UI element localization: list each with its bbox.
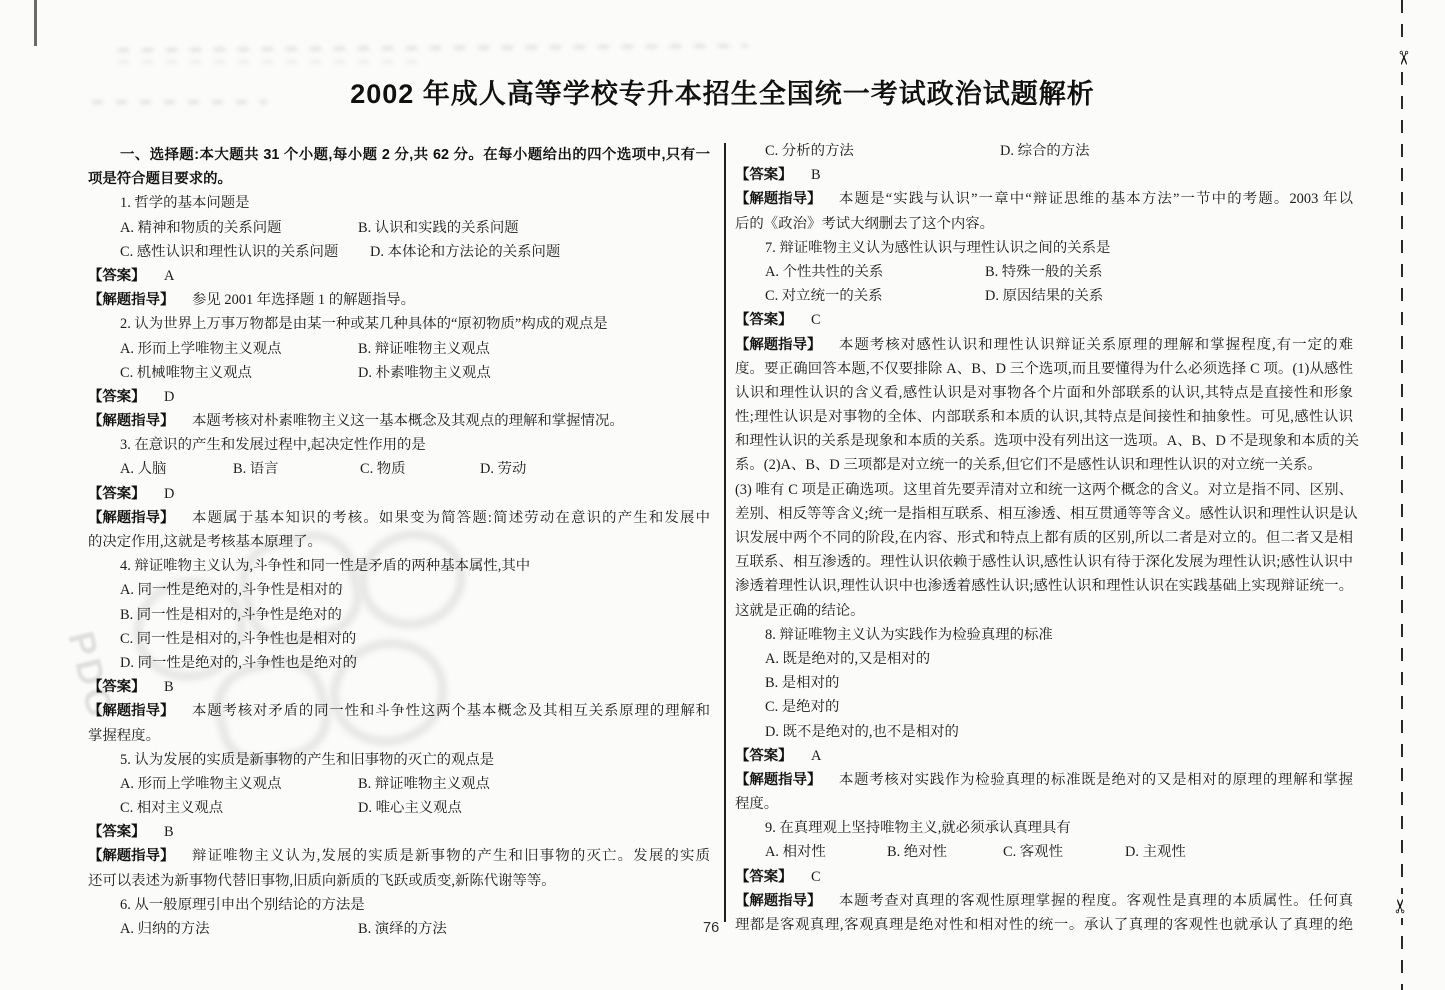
left-column-line: B. 同一性是相对的,斗争性是绝对的 [88,603,710,627]
text-run: 本题考核对矛盾的同一性和斗争性这两个基本概念及其相互关系原理的理解和 [192,699,710,723]
text-run: B. 特殊一般的关系 [985,260,1103,284]
text-run: C. 物质 [360,457,406,481]
text-run: A. 既是绝对的,又是相对的 [765,647,930,671]
text-run: C [811,865,821,889]
left-column-line: A. 精神和物质的关系问题B. 认识和实践的关系问题 [88,216,710,240]
column-divider-rule [724,143,726,922]
text-run: 项是符合题目要求的。 [88,167,232,191]
right-column-line: (3) 唯有 C 项是正确选项。这里首先要弄清对立和统一这两个概念的含义。对立是… [735,478,1353,502]
text-run: 这就是正确的结论。 [735,599,865,623]
left-column-line: 6. 从一般原理引申出个别结论的方法是 [88,893,710,917]
text-run: 【解题指导】 [735,187,821,211]
right-text-column: C. 分析的方法D. 综合的方法【答案】B【解题指导】本题是“实践与认识”一章中… [735,139,1353,937]
text-run: C. 客观性 [1003,840,1063,864]
text-run: 【答案】 [88,482,146,506]
text-run: 5. 认为发展的实质是新事物的产生和旧事物的灭亡的观点是 [120,748,494,772]
left-column-line: 【解题指导】本题考核对朴素唯物主义这一基本概念及其观点的理解和掌握情况。 [88,409,710,433]
text-run: 程度。 [735,792,778,816]
pencil-scribble [118,44,748,52]
text-run: B. 认识和实践的关系问题 [358,216,519,240]
text-run: B. 是相对的 [765,671,839,695]
right-column-line: D. 既不是绝对的,也不是相对的 [735,720,1353,744]
left-column-line: 【解题指导】本题考核对矛盾的同一性和斗争性这两个基本概念及其相互关系原理的理解和 [88,699,710,723]
right-column-line: 度。要正确回答本题,不仅要排除 A、B、D 三个选项,而且要懂得为什么必须选择 … [735,357,1353,381]
right-column-line: B. 是相对的 [735,671,1353,695]
left-column-line: 1. 哲学的基本问题是 [88,191,710,215]
text-run: B. 语言 [233,457,279,481]
text-run: 7. 辩证唯物主义认为感性认识与理性认识之间的关系是 [765,236,1110,260]
text-run: 认识和理性认识的含义看,感性认识是对事物各个片面和外部联系的认识,其特点是直接性… [735,381,1353,405]
text-run: 本题考核对朴素唯物主义这一基本概念及其观点的理解和掌握情况。 [192,409,624,433]
left-column-line: 【答案】D [88,385,710,409]
left-column-line: 【解题指导】参见 2001 年选择题 1 的解题指导。 [88,288,710,312]
text-run: 【解题指导】 [88,506,174,530]
right-column-line: 【答案】C [735,308,1353,332]
right-column-line: 7. 辩证唯物主义认为感性认识与理性认识之间的关系是 [735,236,1353,260]
text-run: 【答案】 [735,163,793,187]
text-run: 【答案】 [88,820,146,844]
right-column-line: 这就是正确的结论。 [735,599,1353,623]
left-column-line: 【答案】A [88,264,710,288]
text-run: 本题是“实践与认识”一章中“辩证思维的基本方法”一节中的考题。2003 年以 [839,187,1353,211]
left-column-line: A. 形而上学唯物主义观点B. 辩证唯物主义观点 [88,337,710,361]
left-column-line: 2. 认为世界上万事万物都是由某一种或某几种具体的“原初物质”构成的观点是 [88,312,710,336]
text-run: 【答案】 [88,675,146,699]
left-column-line: 一、选择题:本大题共 31 个小题,每小题 2 分,共 62 分。在每小题给出的… [88,143,710,167]
text-run: 识发展中两个不同的阶段,在内容、形式和特点上都有质的区别,所以二者是对立的。但二… [735,526,1353,550]
text-run: D. 朴素唯物主义观点 [358,361,491,385]
right-column-line: A. 个性共性的关系B. 特殊一般的关系 [735,260,1353,284]
right-column-line: C. 对立统一的关系D. 原因结果的关系 [735,284,1353,308]
text-run: 【解题指导】 [735,333,821,357]
text-run: 本题考查对真理的客观性原理掌握的程度。客观性是真理的本质属性。任何真 [839,889,1353,913]
text-run: C. 同一性是相对的,斗争性也是相对的 [120,627,356,651]
text-run: C. 分析的方法 [765,139,854,163]
text-run: A. 形而上学唯物主义观点 [120,337,282,361]
right-column-line: 【解题指导】本题考核对实践作为检验真理的标准既是绝对的又是相对的原理的理解和掌握 [735,768,1353,792]
text-run: B. 绝对性 [887,840,947,864]
page-title: 2002 年成人高等学校专升本招生全国统一考试政治试题解析 [0,72,1445,111]
text-run: 一、选择题:本大题共 31 个小题,每小题 2 分,共 62 分。在每小题给出的… [120,143,710,167]
right-column-line: 理都是客观真理,客观真理是绝对性和相对性的统一。承认了真理的客观性也就承认了真理… [735,913,1353,937]
text-run: B. 辩证唯物主义观点 [358,337,490,361]
right-column-line: C. 是绝对的 [735,695,1353,719]
text-run: C. 对立统一的关系 [765,284,883,308]
text-run: D. 既不是绝对的,也不是相对的 [765,720,959,744]
text-run: 后的《政治》考试大纲删去了这个内容。 [735,212,994,236]
left-column-line: 【解题指导】辩证唯物主义认为,发展的实质是新事物的产生和旧事物的灭亡。发展的实质 [88,844,710,868]
text-run: 【答案】 [735,865,793,889]
left-column-line: C. 机械唯物主义观点D. 朴素唯物主义观点 [88,361,710,385]
text-run: 【解题指导】 [735,768,821,792]
text-run: C. 是绝对的 [765,695,839,719]
left-column-line: 还可以表述为新事物代替旧事物,旧质向新质的飞跃或质变,新陈代谢等等。 [88,869,710,893]
left-column-line: 项是符合题目要求的。 [88,167,710,191]
text-run: A. 归纳的方法 [120,917,210,941]
text-run: 【解题指导】 [88,409,174,433]
text-run: 参见 2001 年选择题 1 的解题指导。 [192,288,415,312]
text-run: D. 原因结果的关系 [985,284,1103,308]
text-run: 本题考核对感性认识和理性认识辩证关系原理的理解和掌握程度,有一定的难 [839,333,1353,357]
right-column-line: A. 相对性B. 绝对性C. 客观性D. 主观性 [735,840,1353,864]
text-run: 差别、相反等等含义;统一是指相互联系、相互渗透、相互贯通等等含义。感性认识和理性… [735,502,1353,526]
text-run: 理都是客观真理,客观真理是绝对性和相对性的统一。承认了真理的客观性也就承认了真理… [735,913,1353,937]
left-column-line: 4. 辩证唯物主义认为,斗争性和同一性是矛盾的两种基本属性,其中 [88,554,710,578]
left-column-line: D. 同一性是绝对的,斗争性也是绝对的 [88,651,710,675]
right-column-line: 程度。 [735,792,1353,816]
right-column-line: 【答案】C [735,865,1353,889]
left-column-line: A. 同一性是绝对的,斗争性是相对的 [88,578,710,602]
text-run: 还可以表述为新事物代替旧事物,旧质向新质的飞跃或质变,新陈代谢等等。 [88,869,556,893]
left-column-line: 【答案】D [88,482,710,506]
text-run: A. 精神和物质的关系问题 [120,216,282,240]
text-run: B [164,820,174,844]
text-run: 系。(2)A、B、D 三项都是对立统一的关系,但它们不是感性认识和理性认识的对立… [735,453,1322,477]
text-run: C. 机械唯物主义观点 [120,361,252,385]
text-run: D. 劳动 [480,457,526,481]
right-column-line: 9. 在真理观上坚持唯物主义,就必须承认真理具有 [735,816,1353,840]
right-column-line: 系。(2)A、B、D 三项都是对立统一的关系,但它们不是感性认识和理性认识的对立… [735,453,1353,477]
text-run: 8. 辩证唯物主义认为实践作为检验真理的标准 [765,623,1053,647]
text-run: A. 同一性是绝对的,斗争性是相对的 [120,578,343,602]
text-run: 本题考核对实践作为检验真理的标准既是绝对的又是相对的原理的理解和掌握 [839,768,1353,792]
left-column-line: 【答案】B [88,675,710,699]
text-run: C [811,308,821,332]
text-run: D. 综合的方法 [1000,139,1090,163]
text-run: C. 相对主义观点 [120,796,223,820]
left-column-line: 的决定作用,这就是考核基本原理了。 [88,530,710,554]
text-run: 3. 在意识的产生和发展过程中,起决定性作用的是 [120,433,426,457]
text-run: 1. 哲学的基本问题是 [120,191,250,215]
left-column-line: A. 归纳的方法B. 演绎的方法 [88,917,710,941]
text-run: 的决定作用,这就是考核基本原理了。 [88,530,322,554]
left-column-line: 【解题指导】本题属于基本知识的考核。如果变为简答题:简述劳动在意识的产生和发展中 [88,506,710,530]
left-column-line: C. 相对主义观点D. 唯心主义观点 [88,796,710,820]
text-run: 【答案】 [88,264,146,288]
scissors-icon: ✂ [1389,46,1415,70]
text-run: D [164,482,174,506]
text-run: 2. 认为世界上万事万物都是由某一种或某几种具体的“原初物质”构成的观点是 [120,312,608,336]
text-run: A. 形而上学唯物主义观点 [120,772,282,796]
text-run: 掌握程度。 [88,724,160,748]
text-run: 【答案】 [735,744,793,768]
left-column-line: 5. 认为发展的实质是新事物的产生和旧事物的灭亡的观点是 [88,748,710,772]
text-run: D [164,385,174,409]
pencil-scribble [118,60,418,64]
left-column-line: C. 同一性是相对的,斗争性也是相对的 [88,627,710,651]
left-column-line: C. 感性认识和理性认识的关系问题D. 本体论和方法论的关系问题 [88,240,710,264]
right-column-line: 认识和理性认识的含义看,感性认识是对事物各个片面和外部联系的认识,其特点是直接性… [735,381,1353,405]
left-column-line: A. 形而上学唯物主义观点B. 辩证唯物主义观点 [88,772,710,796]
text-run: 【解题指导】 [88,699,174,723]
text-run: 渗透着理性认识,理性认识中也渗透着感性认识;感性认识和理性认识在实践基础上实现辩… [735,574,1353,598]
right-column-line: 和理性认识的关系是现象和本质的关系。选项中没有列出这一选项。A、B、D 不是现象… [735,429,1353,453]
text-run: (3) 唯有 C 项是正确选项。这里首先要弄清对立和统一这两个概念的含义。对立是… [735,478,1353,502]
text-run: 和理性认识的关系是现象和本质的关系。选项中没有列出这一选项。A、B、D 不是现象… [735,429,1353,453]
scanned-exam-page: { "page": { "title": "2002 年成人高等学校专升本招生全… [0,0,1445,990]
left-column-line: 3. 在意识的产生和发展过程中,起决定性作用的是 [88,433,710,457]
text-run: 【答案】 [735,308,793,332]
left-column-line: A. 人脑B. 语言C. 物质D. 劳动 [88,457,710,481]
text-run: A [811,744,821,768]
text-run: D. 主观性 [1125,840,1186,864]
text-run: B [811,163,821,187]
right-column-line: A. 既是绝对的,又是相对的 [735,647,1353,671]
text-run: 互联系、相互渗透的。理性认识依赖于感性认识,感性认识有待于深化发展为理性认识;感… [735,550,1353,574]
text-run: 4. 辩证唯物主义认为,斗争性和同一性是矛盾的两种基本属性,其中 [120,554,530,578]
text-run: 【解题指导】 [88,844,174,868]
cut-dashed-line [1401,0,1403,990]
text-run: 度。要正确回答本题,不仅要排除 A、B、D 三个选项,而且要懂得为什么必须选择 … [735,357,1353,381]
left-text-column: 一、选择题:本大题共 31 个小题,每小题 2 分,共 62 分。在每小题给出的… [88,143,710,941]
text-run: D. 本体论和方法论的关系问题 [370,240,560,264]
text-run: A. 相对性 [765,840,826,864]
text-run: 9. 在真理观上坚持唯物主义,就必须承认真理具有 [765,816,1071,840]
right-column-line: 后的《政治》考试大纲删去了这个内容。 [735,212,1353,236]
right-column-line: 性;理性认识是对事物的全体、内部联系和本质的认识,其特点是间接性和抽象性。可见,… [735,405,1353,429]
right-column-line: 【答案】B [735,163,1353,187]
right-column-line: 渗透着理性认识,理性认识中也渗透着感性认识;感性认识和理性认识在实践基础上实现辩… [735,574,1353,598]
text-run: 【答案】 [88,385,146,409]
text-run: 性;理性认识是对事物的全体、内部联系和本质的认识,其特点是间接性和抽象性。可见,… [735,405,1353,429]
text-run: B. 同一性是相对的,斗争性是绝对的 [120,603,342,627]
text-run: D. 唯心主义观点 [358,796,462,820]
text-run: A. 人脑 [120,457,166,481]
right-column-line: 互联系、相互渗透的。理性认识依赖于感性认识,感性认识有待于深化发展为理性认识;感… [735,550,1353,574]
text-run: B [164,675,174,699]
scissors-icon: ✂ [1389,894,1415,918]
right-column-line: 差别、相反等等含义;统一是指相互联系、相互渗透、相互贯通等等含义。感性认识和理性… [735,502,1353,526]
text-run: B. 演绎的方法 [358,917,447,941]
text-run: 辩证唯物主义认为,发展的实质是新事物的产生和旧事物的灭亡。发展的实质 [192,844,710,868]
page-number: 76 [703,920,719,936]
page-edge-mark [34,0,37,46]
text-run: 【解题指导】 [735,889,821,913]
text-run: 6. 从一般原理引申出个别结论的方法是 [120,893,365,917]
right-column-line: 【解题指导】本题考查对真理的客观性原理掌握的程度。客观性是真理的本质属性。任何真 [735,889,1353,913]
right-column-line: 【答案】A [735,744,1353,768]
right-column-line: 8. 辩证唯物主义认为实践作为检验真理的标准 [735,623,1353,647]
text-run: B. 辩证唯物主义观点 [358,772,490,796]
left-column-line: 掌握程度。 [88,724,710,748]
left-column-line: 【答案】B [88,820,710,844]
text-run: 【解题指导】 [88,288,174,312]
text-run: A [164,264,174,288]
right-column-line: 识发展中两个不同的阶段,在内容、形式和特点上都有质的区别,所以二者是对立的。但二… [735,526,1353,550]
right-column-line: 【解题指导】本题考核对感性认识和理性认识辩证关系原理的理解和掌握程度,有一定的难 [735,333,1353,357]
text-run: C. 感性认识和理性认识的关系问题 [120,240,338,264]
right-column-line: 【解题指导】本题是“实践与认识”一章中“辩证思维的基本方法”一节中的考题。200… [735,187,1353,211]
right-column-line: C. 分析的方法D. 综合的方法 [735,139,1353,163]
text-run: A. 个性共性的关系 [765,260,883,284]
text-run: 本题属于基本知识的考核。如果变为简答题:简述劳动在意识的产生和发展中 [192,506,710,530]
text-run: D. 同一性是绝对的,斗争性也是绝对的 [120,651,357,675]
